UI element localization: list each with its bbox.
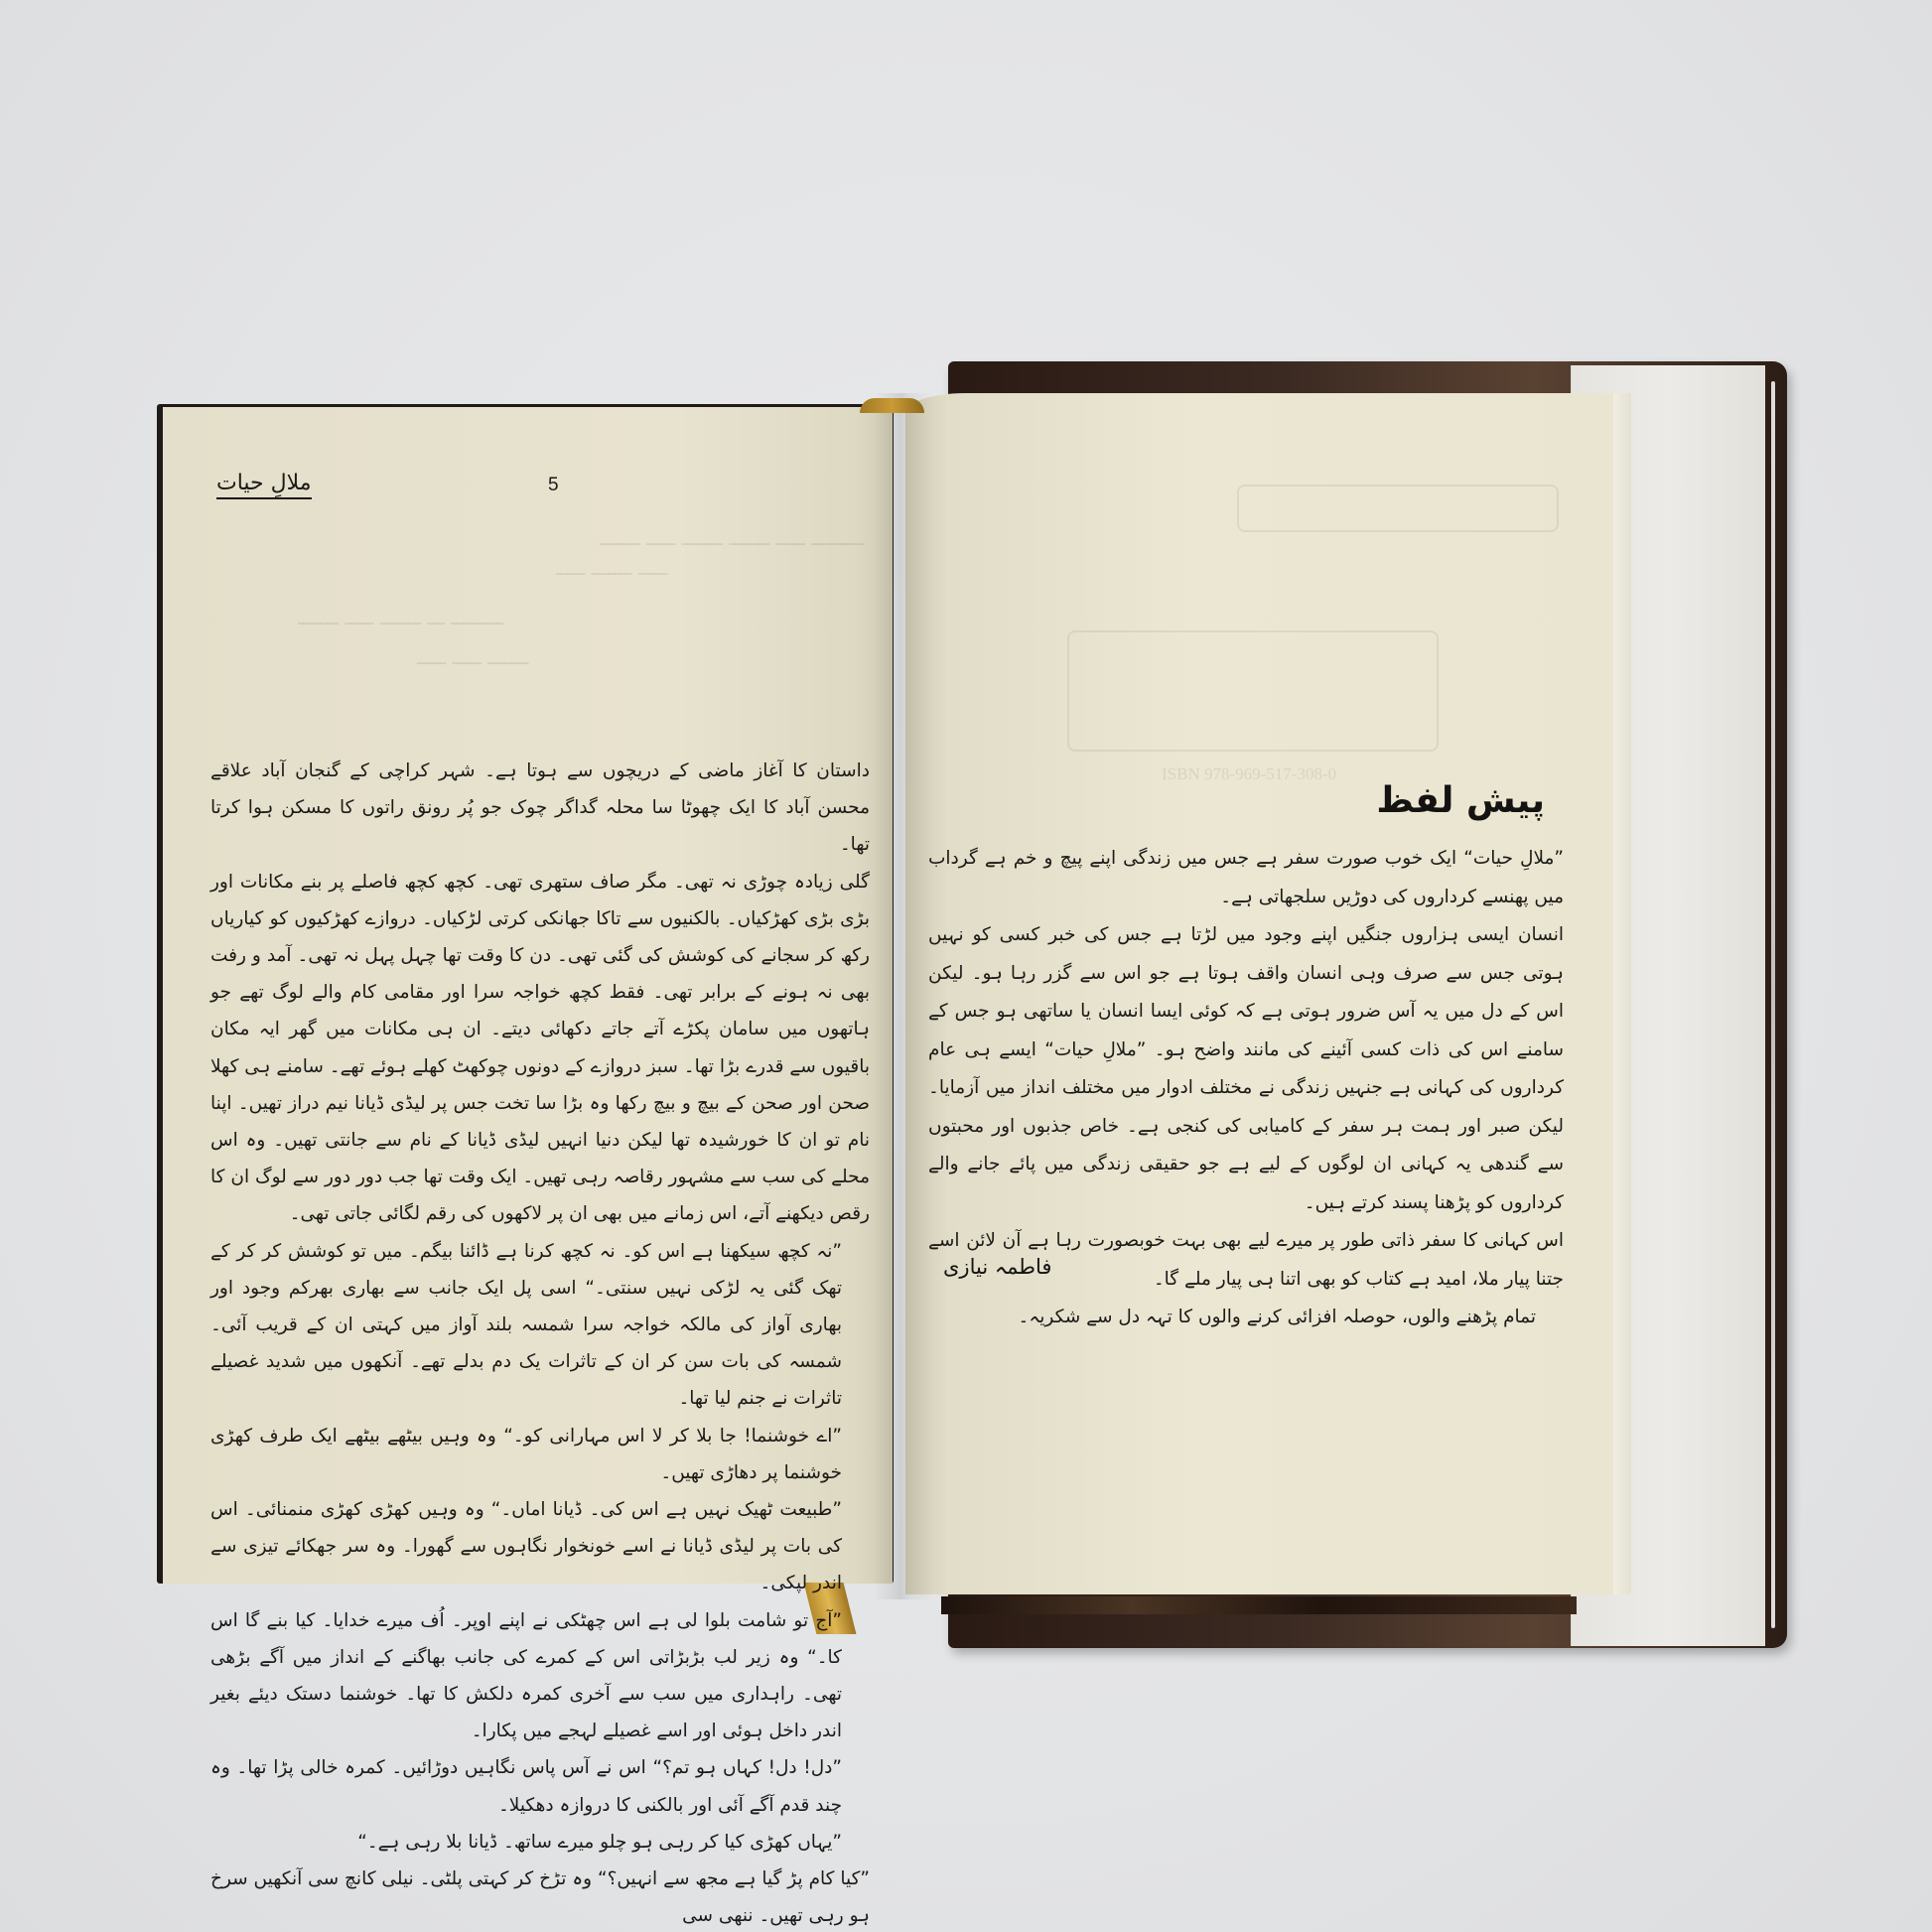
show-through-text: ـــــ ـــــــ ـــــ	[556, 556, 667, 580]
running-title: ملالِ حیات	[216, 471, 312, 499]
show-through-box	[1067, 630, 1439, 752]
paragraph: ”ملالِ حیات“ ایک خوب صورت سفر ہے جس میں …	[928, 840, 1564, 916]
paragraph: گلی زیادہ چوڑی نہ تھی۔ مگر صاف ستھری تھی…	[210, 864, 870, 1233]
photo-scene: ـــــــــ ـــــ ـــــــ ـــــــ ـــــ ــ…	[0, 0, 1932, 1932]
paragraph: انسان ایسی ہزاروں جنگیں اپنے وجود میں لڑ…	[928, 916, 1564, 1222]
left-page-body: داستان کا آغاز ماضی کے دریچوں سے ہوتا ہے…	[210, 753, 870, 1932]
ribbon-bookmark-top[interactable]	[860, 398, 924, 413]
page-number: 5	[548, 475, 559, 496]
paragraph: تمام پڑھنے والوں، حوصلہ افزائی کرنے والو…	[928, 1299, 1564, 1337]
book-gutter	[874, 393, 933, 1599]
author-signature: فاطمہ نیازی	[943, 1255, 1051, 1279]
paragraph: ”آج تو شامت بلوا لی ہے اس چھٹکی نے اپنے …	[210, 1602, 870, 1750]
show-through-text: ـــــــ ـــــ ـــــ	[417, 645, 528, 669]
paragraph: ”اے خوشنما! جا بلا کر لا اس مہارانی کو۔“…	[210, 1418, 870, 1491]
show-through-isbn: ISBN 978-969-517-308-0	[1162, 764, 1336, 784]
paragraph: ”یہاں کھڑی کیا کر رہی ہو چلو میرے ساتھ۔ …	[210, 1824, 870, 1861]
chapter-heading: پیش لفظ	[1360, 780, 1545, 821]
cover-edge-highlight	[1771, 381, 1775, 1628]
paragraph: ”دل! دل! کہاں ہو تم؟“ اس نے آس پاس نگاہی…	[210, 1749, 870, 1823]
paragraph: ”نہ کچھ سیکھنا ہے اس کو۔ نہ کچھ کرنا ہے …	[210, 1233, 870, 1418]
paragraph: داستان کا آغاز ماضی کے دریچوں سے ہوتا ہے…	[210, 753, 870, 864]
show-through-box	[1237, 484, 1559, 532]
book-cover-bottom-edge	[941, 1596, 1577, 1614]
show-through-text: ـــــــــ ـــــ ـــــــ ـــــــ ـــــ ــ…	[228, 526, 864, 550]
paragraph: ”کیا کام پڑ گیا ہے مجھ سے انہیں؟“ وہ تڑخ…	[210, 1861, 870, 1932]
show-through-text: ـــــــــ ـــ ـــــــ ـــــ ـــــــ	[298, 606, 503, 629]
paragraph: ”طبیعت ٹھیک نہیں ہے اس کی۔ ڈیانا اماں۔“ …	[210, 1491, 870, 1602]
right-page-edge	[1613, 393, 1631, 1594]
